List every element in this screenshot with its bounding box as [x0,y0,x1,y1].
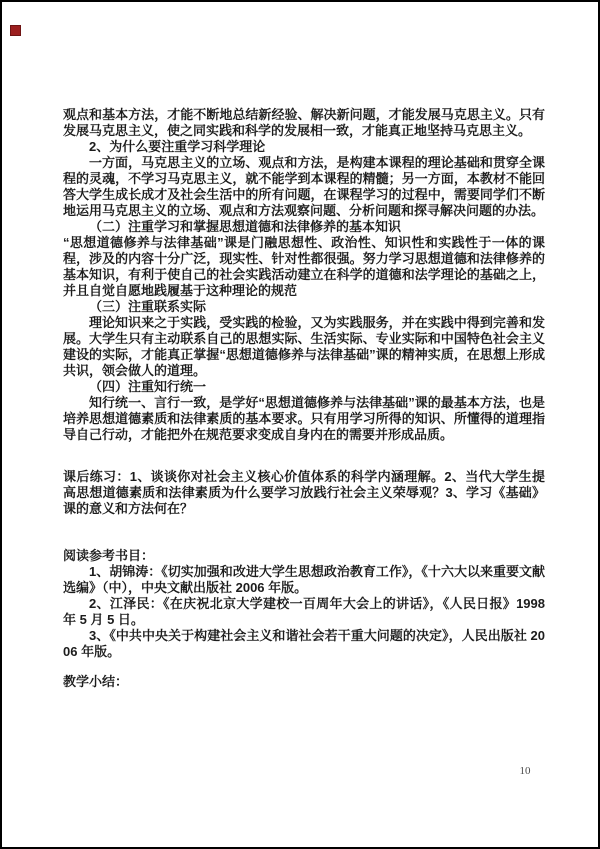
paragraph-unity-knowledge-action: 知行统一、言行一致，是学好“思想道德修养与法律基础”课的最基本方法，也是培养思想… [63,395,545,443]
heading-reading-list: 阅读参考书目： [63,548,545,564]
paragraph-homework: 课后练习：1、谈谈你对社会主义核心价值体系的科学内涵理解。2、当代大学生提高思想… [63,469,545,517]
page-number: 10 [515,765,535,777]
reading-list-item-1: 1、胡锦涛：《切实加强和改进大学生思想政治教育工作》，《十六大以来重要文献选编》… [63,564,545,596]
heading-teaching-summary: 教学小结： [63,674,545,690]
reading-list-item-2: 2、江泽民：《在庆祝北京大学建校一百周年大会上的讲话》，《人民日报》1998 年… [63,596,545,628]
red-corner-mark [10,25,21,36]
heading-section-3-link-practice: （三）注重联系实际 [63,299,545,315]
heading-section-4-unity: （四）注重知行统一 [63,379,545,395]
heading-section-2-basic-knowledge: （二）注重学习和掌握思想道德和法律修养的基本知识 [63,219,545,235]
reading-list-item-3: 3、《中共中央关于构建社会主义和谐社会若干重大问题的决定》，人民出版社 2006… [63,628,545,660]
heading-why-study-theory: 2、为什么要注重学习科学理论 [63,139,545,155]
paragraph-course-nature: “思想道德修养与法律基础”课是门融思想性、政治性、知识性和实践性于一体的课程，涉… [63,235,545,299]
paragraph-theory-practice: 理论知识来之于实践，受实践的检验，又为实践服务，并在实践中得到完善和发展。大学生… [63,315,545,379]
document-page: 观点和基本方法，才能不断地总结新经验、解决新问题，才能发展马克思主义。只有发展马… [0,0,600,849]
paragraph-two-aspects: 一方面，马克思主义的立场、观点和方法，是构建本课程的理论基础和贯穿全课程的灵魂，… [63,155,545,219]
paragraph-marxism-continuation: 观点和基本方法，才能不断地总结新经验、解决新问题，才能发展马克思主义。只有发展马… [63,107,545,139]
page-text-block: 观点和基本方法，才能不断地总结新经验、解决新问题，才能发展马克思主义。只有发展马… [63,107,545,690]
